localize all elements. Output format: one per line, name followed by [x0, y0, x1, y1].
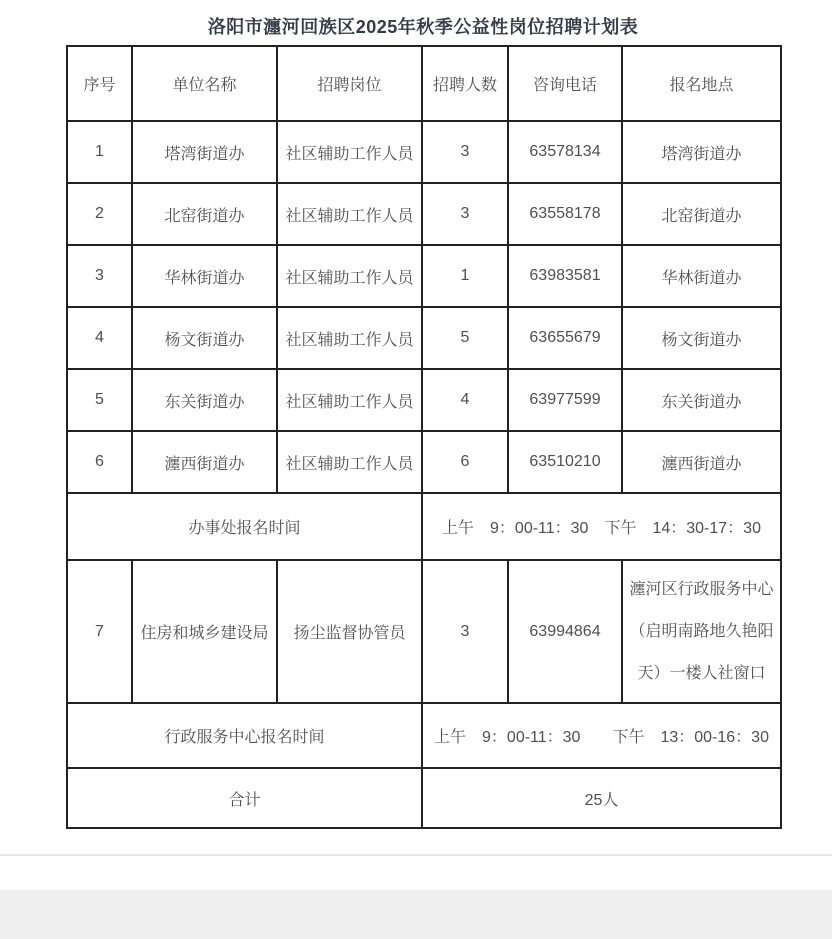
location-line: （启明南路地久艳阳: [623, 611, 780, 653]
cell-unit: 瀍西街道办: [132, 431, 277, 493]
table-row: 1 塔湾街道办 社区辅助工作人员 3 63578134 塔湾街道办: [67, 121, 781, 183]
office-time-value: 上午 9：00-11：30 下午 14：30-17：30: [422, 493, 781, 560]
table-header-row: 序号 单位名称 招聘岗位 招聘人数 咨询电话 报名地点: [67, 46, 781, 121]
cell-count: 3: [422, 183, 508, 245]
header-cell-position: 招聘岗位: [277, 46, 422, 121]
cell-count: 4: [422, 369, 508, 431]
cell-phone: 63578134: [508, 121, 622, 183]
cell-unit: 塔湾街道办: [132, 121, 277, 183]
cell-count: 5: [422, 307, 508, 369]
service-center-registration-time-row: 行政服务中心报名时间 上午 9：00-11：30 下午 13：00-16：30: [67, 703, 781, 768]
page: 洛阳市瀍河回族区2025年秋季公益性岗位招聘计划表 序号 单位名称 招聘岗位 招…: [0, 0, 832, 939]
total-row: 合计 25人: [67, 768, 781, 828]
header-cell-location: 报名地点: [622, 46, 781, 121]
cell-position: 社区辅助工作人员: [277, 369, 422, 431]
cell-index: 1: [67, 121, 132, 183]
cell-index: 4: [67, 307, 132, 369]
cell-index: 5: [67, 369, 132, 431]
cell-index: 3: [67, 245, 132, 307]
cell-location: 瀍西街道办: [622, 431, 781, 493]
cell-count: 3: [422, 121, 508, 183]
cell-location: 瀍河区行政服务中心 （启明南路地久艳阳 天）一楼人社窗口: [622, 560, 781, 703]
cell-position: 社区辅助工作人员: [277, 183, 422, 245]
cell-phone: 63994864: [508, 560, 622, 703]
service-time-value: 上午 9：00-11：30 下午 13：00-16：30: [422, 703, 781, 768]
page-title: 洛阳市瀍河回族区2025年秋季公益性岗位招聘计划表: [66, 13, 780, 39]
cell-position: 社区辅助工作人员: [277, 245, 422, 307]
table-row: 3 华林街道办 社区辅助工作人员 1 63983581 华林街道办: [67, 245, 781, 307]
cell-index: 7: [67, 560, 132, 703]
cell-location: 东关街道办: [622, 369, 781, 431]
cell-unit: 华林街道办: [132, 245, 277, 307]
header-cell-phone: 咨询电话: [508, 46, 622, 121]
cell-location: 华林街道办: [622, 245, 781, 307]
location-line: 天）一楼人社窗口: [623, 653, 780, 695]
office-time-label: 办事处报名时间: [67, 493, 422, 560]
cell-unit: 住房和城乡建设局: [132, 560, 277, 703]
cell-phone: 63655679: [508, 307, 622, 369]
table-row: 4 杨文街道办 社区辅助工作人员 5 63655679 杨文街道办: [67, 307, 781, 369]
total-label: 合计: [67, 768, 422, 828]
total-value: 25人: [422, 768, 781, 828]
table-row: 2 北窑街道办 社区辅助工作人员 3 63558178 北窑街道办: [67, 183, 781, 245]
cell-index: 6: [67, 431, 132, 493]
cell-location: 北窑街道办: [622, 183, 781, 245]
recruitment-plan-table: 序号 单位名称 招聘岗位 招聘人数 咨询电话 报名地点 1 塔湾街道办 社区辅助…: [66, 45, 782, 829]
cell-position: 社区辅助工作人员: [277, 431, 422, 493]
cell-phone: 63977599: [508, 369, 622, 431]
cell-phone: 63558178: [508, 183, 622, 245]
section-divider: [0, 854, 832, 856]
cell-position: 扬尘监督协管员: [277, 560, 422, 703]
table-row: 7 住房和城乡建设局 扬尘监督协管员 3 63994864 瀍河区行政服务中心 …: [67, 560, 781, 703]
location-line: 瀍河区行政服务中心: [623, 569, 780, 611]
cell-count: 6: [422, 431, 508, 493]
cell-location: 塔湾街道办: [622, 121, 781, 183]
cell-count: 3: [422, 560, 508, 703]
cell-phone: 63510210: [508, 431, 622, 493]
office-registration-time-row: 办事处报名时间 上午 9：00-11：30 下午 14：30-17：30: [67, 493, 781, 560]
cell-unit: 北窑街道办: [132, 183, 277, 245]
header-cell-count: 招聘人数: [422, 46, 508, 121]
cell-unit: 东关街道办: [132, 369, 277, 431]
footer-band: [0, 890, 832, 939]
service-time-label: 行政服务中心报名时间: [67, 703, 422, 768]
cell-location: 杨文街道办: [622, 307, 781, 369]
cell-count: 1: [422, 245, 508, 307]
cell-position: 社区辅助工作人员: [277, 307, 422, 369]
header-cell-unit: 单位名称: [132, 46, 277, 121]
header-cell-index: 序号: [67, 46, 132, 121]
cell-position: 社区辅助工作人员: [277, 121, 422, 183]
table-row: 6 瀍西街道办 社区辅助工作人员 6 63510210 瀍西街道办: [67, 431, 781, 493]
cell-phone: 63983581: [508, 245, 622, 307]
cell-unit: 杨文街道办: [132, 307, 277, 369]
table-row: 5 东关街道办 社区辅助工作人员 4 63977599 东关街道办: [67, 369, 781, 431]
cell-index: 2: [67, 183, 132, 245]
